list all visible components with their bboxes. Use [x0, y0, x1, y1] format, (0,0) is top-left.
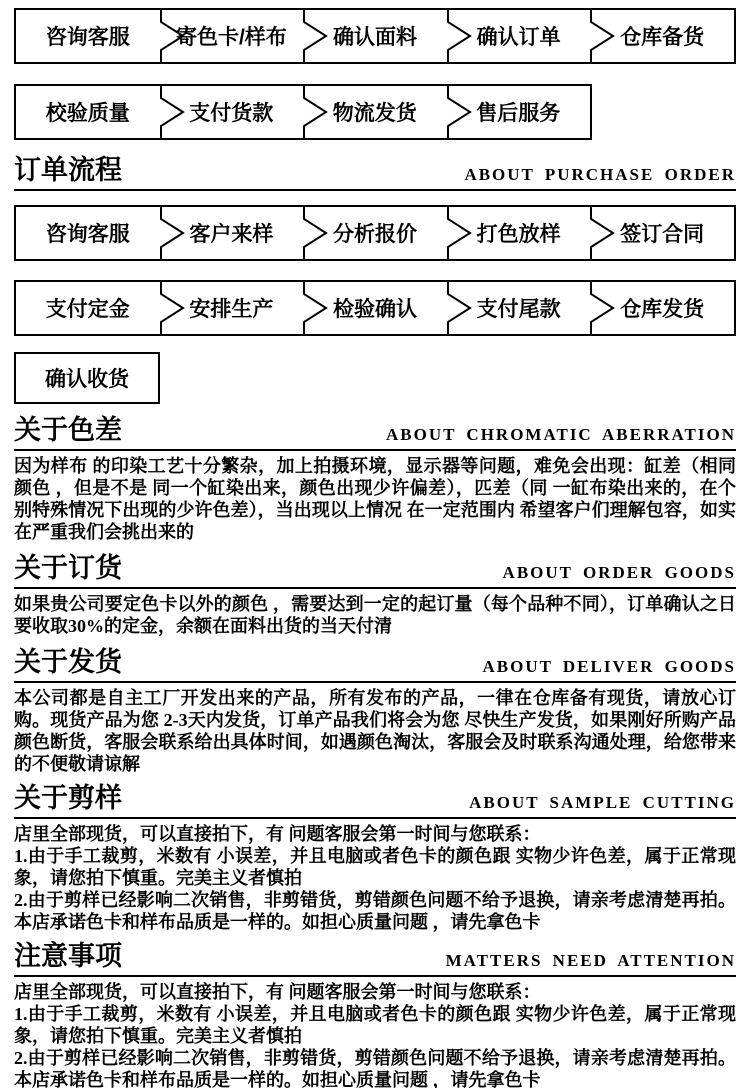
section-title-en: ABOUT ORDER GOODS	[503, 563, 736, 584]
section-title-zh: 关于剪样	[14, 783, 122, 814]
section-paragraph: 2.由于剪样已经影响二次销售，非剪错货，剪错颜色问题不给予退换，请亲考虑清楚再拍…	[14, 1047, 736, 1088]
section-paragraph: 本公司都是自主工厂开发出来的产品，所有发布的产品，一律在仓库备有现货，请放心订购…	[14, 687, 736, 775]
section-heading-order-goods: 关于订货 ABOUT ORDER GOODS	[14, 553, 736, 589]
section-heading-sample-cutting: 关于剪样 ABOUT SAMPLE CUTTING	[14, 783, 736, 819]
section-paragraph: 店里全部现货，可以直接拍下，有 问题客服会第一时间与您联系：	[14, 823, 736, 845]
section-heading-purchase-order: 订单流程 ABOUT PURCHASE ORDER	[14, 155, 736, 191]
section-heading-chromatic-aberration: 关于色差 ABOUT CHROMATIC ABERRATION	[14, 415, 736, 451]
order-flow-row-2: 支付定金 安排生产 检验确认 支付尾款 仓库发货	[14, 280, 736, 336]
section-paragraph: 因为样布 的印染工艺十分繁杂，加上拍摄环境，显示器等问题，难免会出现：缸差（相同…	[14, 455, 736, 543]
order-flow-row-1: 咨询客服 客户来样 分析报价 打色放样 签订合同	[14, 205, 736, 261]
section-title-en: MATTERS NEED ATTENTION	[446, 951, 736, 972]
flow-step-confirm-receipt: 确认收货	[14, 352, 160, 404]
service-flow-row-1: 咨询客服 寄色卡/样布 确认面料 确认订单 仓库备货	[14, 8, 736, 64]
flow-step: 支付定金	[16, 282, 160, 334]
section-title-zh: 关于发货	[14, 647, 122, 678]
section-paragraph: 1.由于手工裁剪，米数有 小误差，并且电脑或者色卡的颜色跟 实物少许色差，属于正…	[14, 1003, 736, 1047]
service-flow-row-2: 校验质量 支付货款 物流发货 售后服务	[14, 84, 592, 140]
section-title-en: ABOUT PURCHASE ORDER	[464, 165, 736, 186]
section-title-zh: 关于订货	[14, 553, 122, 584]
section-heading-matters-need-attention: 注意事项 MATTERS NEED ATTENTION	[14, 941, 736, 977]
section-title-zh: 订单流程	[14, 155, 122, 186]
flow-step: 咨询客服	[16, 10, 160, 62]
section-heading-deliver-goods: 关于发货 ABOUT DELIVER GOODS	[14, 647, 736, 683]
flow-step: 校验质量	[16, 86, 160, 138]
section-title-zh: 关于色差	[14, 415, 122, 446]
section-paragraph: 店里全部现货，可以直接拍下，有 问题客服会第一时间与您联系：	[14, 981, 736, 1003]
section-title-zh: 注意事项	[14, 941, 122, 972]
section-title-en: ABOUT CHROMATIC ABERRATION	[386, 425, 736, 446]
section-title-en: ABOUT DELIVER GOODS	[482, 657, 736, 678]
section-paragraph: 1.由于手工裁剪，米数有 小误差，并且电脑或者色卡的颜色跟 实物少许色差，属于正…	[14, 845, 736, 889]
section-title-en: ABOUT SAMPLE CUTTING	[469, 793, 736, 814]
section-paragraph: 如果贵公司要定色卡以外的颜色 ，需要达到一定的起订量（每个品种不同），订单确认之…	[14, 593, 736, 637]
fabric-store-info-page: 咨询客服 寄色卡/样布 确认面料 确认订单 仓库备货 校验质量 支付货款 物流发…	[0, 0, 750, 1088]
section-paragraph: 2.由于剪样已经影响二次销售，非剪错货，剪错颜色问题不给予退换，请亲考虑清楚再拍…	[14, 889, 736, 933]
flow-step: 咨询客服	[16, 207, 160, 259]
